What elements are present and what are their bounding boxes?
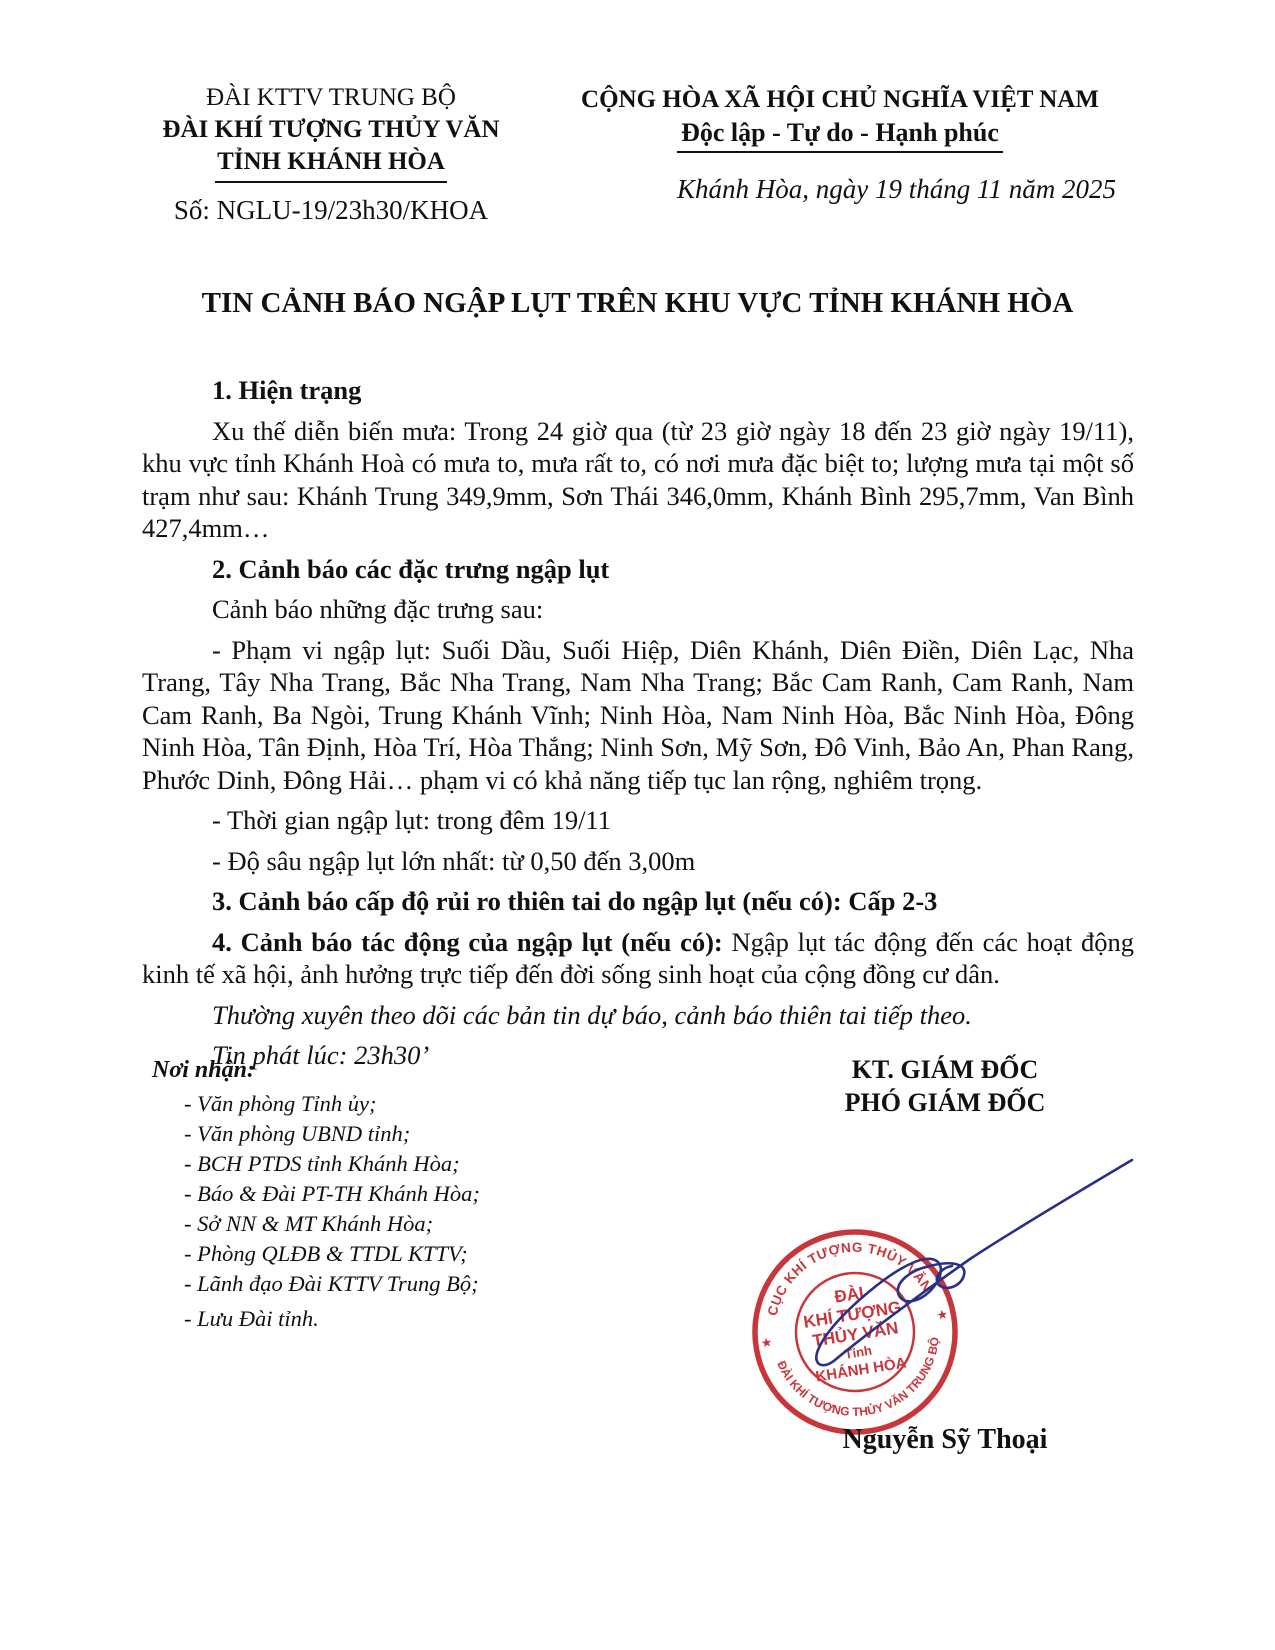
signer-title-1: KT. GIÁM ĐỐC [770, 1053, 1120, 1086]
signer-title-2: PHÓ GIÁM ĐỐC [770, 1086, 1120, 1119]
document-number: Số: NGLU-19/23h30/KHOA [138, 194, 524, 226]
flood-depth-line: - Độ sâu ngập lụt lớn nhất: từ 0,50 đến … [142, 845, 1134, 878]
seal-svg: CỤC KHÍ TƯỢNG THỦY VĂN ĐÀI KHÍ TƯỢNG THỦ… [700, 1140, 1160, 1460]
section1-paragraph: Xu thế diễn biến mưa: Trong 24 giờ qua (… [142, 415, 1134, 545]
recipient-item: - Văn phòng Tỉnh ủy; [184, 1089, 572, 1119]
stamp-star-right-icon: ★ [935, 1306, 949, 1323]
document-page: ĐÀI KTTV TRUNG BỘ ĐÀI KHÍ TƯỢNG THỦY VĂN… [0, 0, 1275, 1650]
section1-heading: 1. Hiện trạng [142, 374, 1134, 407]
official-stamp-icon: CỤC KHÍ TƯỢNG THỦY VĂN ĐÀI KHÍ TƯỢNG THỦ… [741, 1218, 970, 1447]
national-motto: Độc lập - Tự do - Hạnh phúc [677, 117, 1003, 153]
recipient-item: - Phòng QLĐB & TTDL KTTV; [184, 1239, 572, 1269]
section2-intro: Cảnh báo những đặc trưng sau: [142, 593, 1134, 626]
section4-heading: 4. Cảnh báo tác động của ngập lụt (nếu c… [212, 927, 723, 957]
signer-name: Nguyễn Sỹ Thoại [770, 1424, 1120, 1456]
monitoring-note: Thường xuyên theo dõi các bản tin dự báo… [142, 999, 1134, 1032]
recipient-item: - Lưu Đài tỉnh. [184, 1304, 572, 1334]
recipient-item: - Văn phòng UBND tỉnh; [184, 1119, 572, 1149]
section3-heading: 3. Cảnh báo cấp độ rủi ro thiên tai do n… [142, 885, 1134, 918]
recipients-heading: Nơi nhận: [152, 1055, 572, 1085]
national-title: CỘNG HÒA XÃ HỘI CHỦ NGHĨA VIỆT NAM [562, 84, 1118, 115]
recipient-item: - Báo & Đài PT-TH Khánh Hòa; [184, 1179, 572, 1209]
recipient-item: - BCH PTDS tỉnh Khánh Hòa; [184, 1149, 572, 1179]
section2-heading: 2. Cảnh báo các đặc trưng ngập lụt [142, 553, 1134, 586]
document-title: TIN CẢNH BÁO NGẬP LỤT TRÊN KHU VỰC TỈNH … [0, 287, 1275, 320]
agency-parent-name: ĐÀI KTTV TRUNG BỘ [138, 82, 524, 114]
national-motto-block: CỘNG HÒA XÃ HỘI CHỦ NGHĨA VIỆT NAM Độc l… [562, 84, 1118, 205]
section4-paragraph: 4. Cảnh báo tác động của ngập lụt (nếu c… [142, 926, 1134, 991]
recipient-item: - Sở NN & MT Khánh Hòa; [184, 1209, 572, 1239]
issuing-agency-block: ĐÀI KTTV TRUNG BỘ ĐÀI KHÍ TƯỢNG THỦY VĂN… [138, 82, 524, 226]
flood-scope-paragraph: - Phạm vi ngập lụt: Suối Dầu, Suối Hiệp,… [142, 634, 1134, 797]
stamp-star-left-icon: ★ [760, 1334, 774, 1351]
recipients-block: Nơi nhận: - Văn phòng Tỉnh ủy; - Văn phò… [152, 1055, 572, 1334]
flood-time-line: - Thời gian ngập lụt: trong đêm 19/11 [142, 804, 1134, 837]
seal-and-signature: CỤC KHÍ TƯỢNG THỦY VĂN ĐÀI KHÍ TƯỢNG THỦ… [700, 1140, 1160, 1460]
recipient-item: - Lãnh đạo Đài KTTV Trung Bộ; [184, 1269, 572, 1299]
document-body: 1. Hiện trạng Xu thế diễn biến mưa: Tron… [142, 374, 1134, 1080]
stamp-center-line4: Tỉnh [843, 1343, 873, 1362]
agency-name: ĐÀI KHÍ TƯỢNG THỦY VĂN [138, 114, 524, 146]
date-line: Khánh Hòa, ngày 19 tháng 11 năm 2025 [562, 174, 1118, 205]
signer-title-block: KT. GIÁM ĐỐC PHÓ GIÁM ĐỐC [770, 1053, 1120, 1119]
agency-province: TỈNH KHÁNH HÒA [215, 146, 447, 183]
